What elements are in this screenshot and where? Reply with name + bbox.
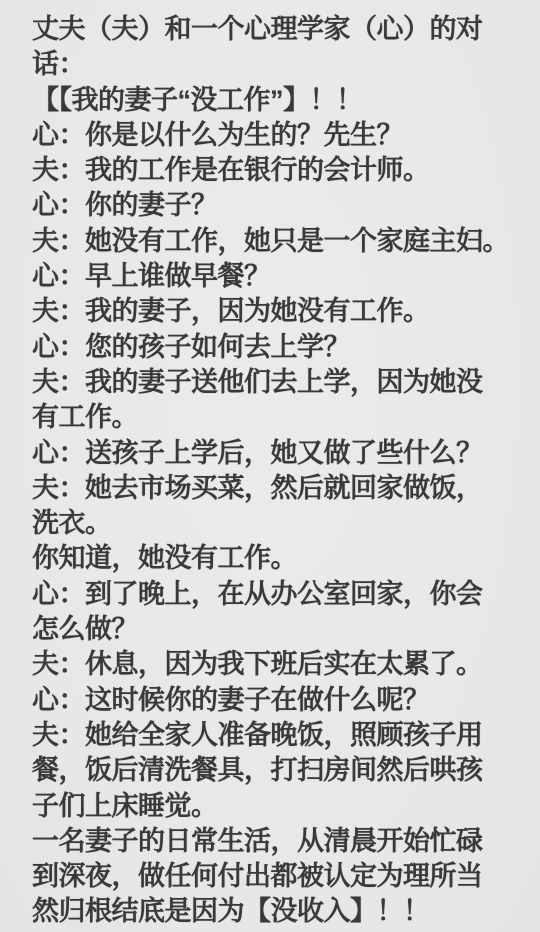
text-line: 夫：她没有工作，她只是一个家庭主妇。 [32, 224, 522, 259]
text-line: 夫：我的工作是在银行的会计师。 [32, 153, 522, 188]
text-line: 夫：我的妻子，因为她没有工作。 [32, 294, 522, 329]
text-line: 心：你是以什么为生的？先生？ [32, 118, 522, 153]
text-line: 夫：她去市场买菜，然后就回家做饭， [32, 471, 522, 506]
text-image-page: 丈夫（夫）和一个心理学家（心）的对话：【【我的妻子“没工作”】！！心：你是以什么… [0, 0, 540, 932]
text-line: 子们上床睡觉。 [32, 789, 522, 824]
dialogue-text: 丈夫（夫）和一个心理学家（心）的对话：【【我的妻子“没工作”】！！心：你是以什么… [32, 12, 522, 930]
text-line: 夫：我的妻子送他们去上学，因为她没 [32, 365, 522, 400]
text-line: 丈夫（夫）和一个心理学家（心）的对 [32, 12, 522, 47]
text-line: 一名妻子的日常生活，从清晨开始忙碌 [32, 824, 522, 859]
text-line: 夫：她给全家人准备晚饭，照顾孩子用 [32, 718, 522, 753]
text-line: 心：到了晚上，在从办公室回家，你会 [32, 577, 522, 612]
text-line: 心：送孩子上学后，她又做了些什么？ [32, 436, 522, 471]
text-line: 你知道，她没有工作。 [32, 541, 522, 576]
text-line: 洗衣。 [32, 506, 522, 541]
text-line: 餐，饭后清洗餐具，打扫房间然后哄孩 [32, 753, 522, 788]
text-line: 心：你的妻子？ [32, 188, 522, 223]
text-line: 到深夜，做任何付出都被认定为理所当 [32, 859, 522, 894]
text-line: 【【我的妻子“没工作”】！！ [32, 83, 522, 118]
text-line: 心：您的孩子如何去上学？ [32, 330, 522, 365]
text-line: 话： [32, 47, 522, 82]
text-line: 怎么做？ [32, 612, 522, 647]
text-line: 然归根结底是因为【没收入】！！ [32, 894, 522, 929]
text-line: 心：早上谁做早餐？ [32, 259, 522, 294]
text-line: 夫：休息，因为我下班后实在太累了。 [32, 647, 522, 682]
text-line: 心：这时候你的妻子在做什么呢？ [32, 683, 522, 718]
text-line: 有工作。 [32, 400, 522, 435]
